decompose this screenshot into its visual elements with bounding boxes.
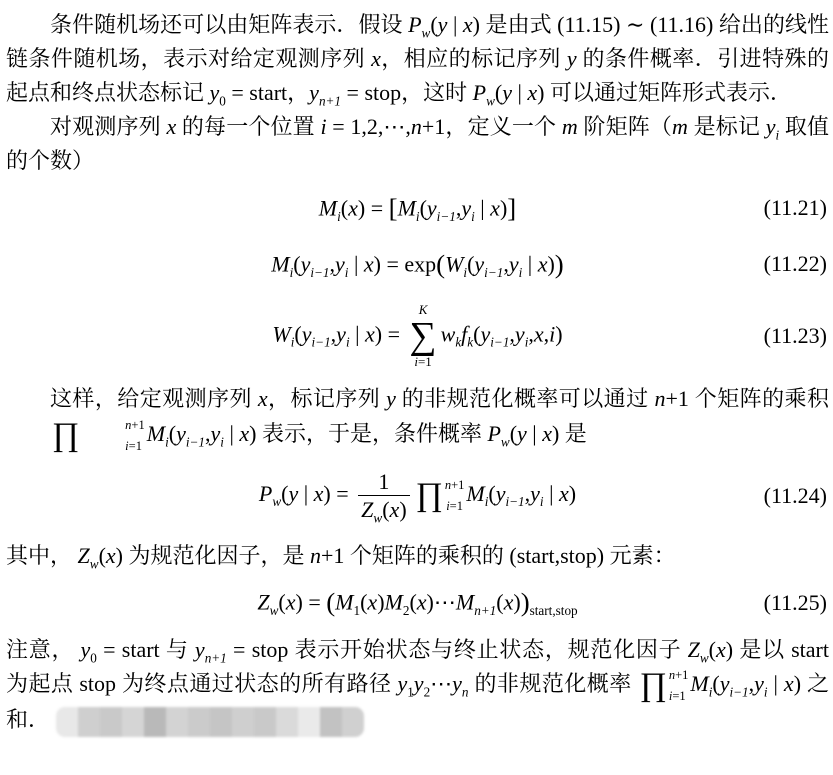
equation-body: Mi(yi−1,yi | x) = exp(Wi(yi−1,yi | x)) — [271, 244, 563, 286]
equation-11-25: Zw(x) = (M1(x)M2(x)⋯Mn+1(x))start,stop (… — [6, 577, 829, 629]
paragraph-normalization-factor: 其中， Zw(x) 为规范化因子，是 n+1 个矩阵的乘积的 (start,st… — [6, 539, 829, 573]
document-page: 条件随机场还可以由矩阵表示．假设 Pw(y | x) 是由式 (11.15) ∼… — [0, 0, 833, 775]
paragraph-crf-matrix-intro: 条件随机场还可以由矩阵表示．假设 Pw(y | x) 是由式 (11.15) ∼… — [6, 8, 829, 110]
equation-number: (11.21) — [764, 191, 827, 225]
paragraph-matrix-definition: 对观测序列 x 的每一个位置 i = 1,2,⋯,n+1，定义一个 m 阶矩阵（… — [6, 110, 829, 178]
equation-11-24: Pw(y | x) = 1Zw(x)∏n+1i=1Mi(yi−1,yi | x)… — [6, 457, 829, 535]
equation-11-22: Mi(yi−1,yi | x) = exp(Wi(yi−1,yi | x)) (… — [6, 238, 829, 290]
fraction: 1Zw(x) — [358, 469, 409, 523]
product-operator: ∏n+1i=1 — [8, 419, 145, 453]
product-operator: ∏n+1i=1 — [416, 479, 465, 513]
equation-body: Pw(y | x) = 1Zw(x)∏n+1i=1Mi(yi−1,yi | x) — [259, 469, 576, 523]
equation-body: Zw(x) = (M1(x)M2(x)⋯Mn+1(x))start,stop — [257, 582, 577, 624]
equation-body: Wi(yi−1,yi | x) = K∑i=1wkfk(yi−1,yi,x,i) — [272, 303, 562, 370]
equation-body: Mi(x) = [Mi(yi−1,yi | x)] — [319, 188, 516, 230]
paragraph-unnormalized-probability: 这样，给定观测序列 x，标记序列 y 的非规范化概率可以通过 n+1 个矩阵的乘… — [6, 382, 829, 452]
product-operator: ∏n+1i=1 — [640, 669, 689, 703]
paragraph-note-start-stop: 注意， y0 = start 与 yn+1 = stop 表示开始状态与终止状态… — [6, 633, 829, 737]
equation-number: (11.24) — [764, 478, 827, 512]
equation-number: (11.25) — [764, 586, 827, 620]
equation-11-21: Mi(x) = [Mi(yi−1,yi | x)] (11.21) — [6, 182, 829, 234]
sum-operator: K∑i=1 — [410, 303, 437, 370]
redacted-blur — [56, 707, 364, 737]
equation-number: (11.22) — [764, 247, 827, 281]
equation-number: (11.23) — [764, 319, 827, 353]
equation-11-23: Wi(yi−1,yi | x) = K∑i=1wkfk(yi−1,yi,x,i)… — [6, 294, 829, 378]
